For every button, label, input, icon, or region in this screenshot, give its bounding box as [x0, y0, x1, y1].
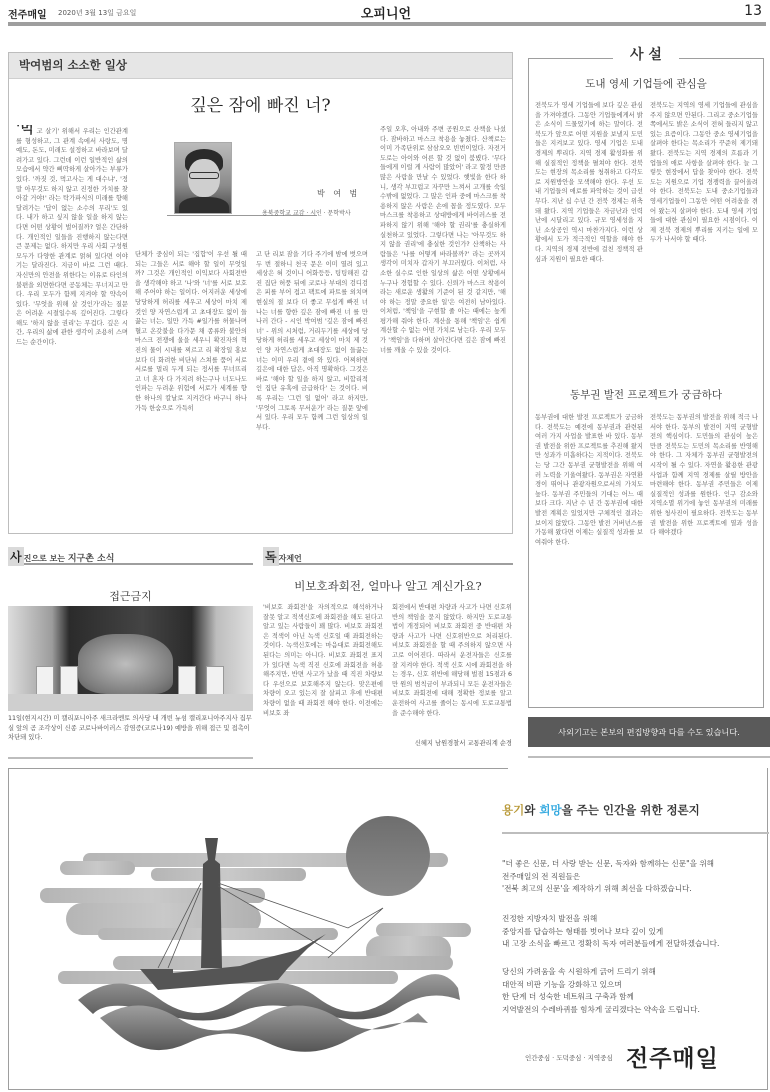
photo-title: 접근금지 [8, 588, 253, 604]
reader-essay-title: 비보호좌회전, 얼마나 알고 계신가요? [263, 578, 513, 594]
contribution-disclaimer: 사외기고는 본보의 편집방향과 다를 수도 있습니다. [528, 717, 770, 747]
editorial-1-col2: 전북도는 지역의 영세 기업들에 관심을 주지 않으면 안된다. 그리고 중소기… [650, 101, 758, 371]
photo-caption: 11일(현지시간) 미 캘리포니아주 새크라멘토 의사당 내 개빈 뉴섬 캘리포… [8, 714, 253, 743]
paper-logo: 전주매일 [626, 1040, 719, 1073]
pen-ship-illustration [8, 768, 508, 1090]
author-name: 박 여 범 [317, 188, 360, 199]
column-text-col4: 주일 오후, 아내와 주변 공원으로 산책을 나섰다. 잠바하고 마스크 착용을… [380, 125, 506, 530]
editorial-title-1: 도내 영세 기업들에 관심을 [528, 76, 764, 91]
reader-essay-col2: 회전에서 반대편 차량과 사고가 나면 신호위반의 책임을 묻지 않았다. 하지… [392, 603, 512, 737]
author-photo [174, 142, 232, 214]
column-text-col2: 단체가 중심이 되는 '집합'이 우선 될 때 되는 그들은 서로 해야 할 일… [135, 250, 247, 530]
ad-motto: 인간중심 · 도덕중심 · 지역중심 [525, 1053, 613, 1062]
column-title: 깊은 잠에 빠진 너? [9, 91, 512, 116]
column-text-col3: 고 단 리보 잠을 기다 주기에 밤에 벗으며 두 번 절하니 천국 문은 이미… [256, 250, 368, 530]
ad-paragraph-1: "더 좋은 신문, 더 사랑 받는 신문, 독자와 함께하는 신문"을 위해 전… [502, 858, 714, 896]
column-series-header: 박여범의 소소한 일상 [9, 53, 512, 79]
reader-essay-signature: 신혜지 남원경찰서 교통관리계 순경 [392, 738, 512, 747]
editorial-2-col2: 전북도는 동부권의 발전을 위해 적극 나서야 한다. 동부의 발전이 지역 균… [650, 413, 758, 703]
masthead-divider [8, 22, 766, 26]
divider [528, 756, 770, 758]
divider [8, 757, 253, 759]
section-title: 오피니언 [8, 3, 764, 22]
reader-essay-col1: '비보호 좌회전'을 자의적으로 해석하거나 잘못 알고 적색신호에 좌회전을 … [263, 603, 383, 751]
bear-statue-photo [8, 606, 253, 711]
ad-slogan: 용기와 희망을 주는 인간을 위한 정론지 [502, 802, 700, 818]
editorial-2-col1: 동부권에 대한 발전 프로젝트가 궁금하다. 전북도는 예전에 동부권과 관련된… [535, 413, 643, 703]
editorial-1-col1: 전북도가 영세 기업들에 보다 깊은 관심을 가져야겠다. 그동안 기업들에게서… [535, 101, 643, 371]
ad-paragraph-2: 진정한 지방자치 발전을 위해 중앙지를 답습하는 형태를 벗어나 보다 깊이 … [502, 913, 719, 951]
author-role: 용북중학교 교감 · 시인 · 문학박사 [262, 208, 351, 217]
ad-paragraph-3: 당신의 가려움을 속 시원하게 긁어 드리기 위해 대안적 비판 기능을 강화하… [502, 966, 700, 1016]
page-number: 13 [744, 3, 762, 19]
dropcap: '먹 [16, 125, 34, 137]
photo-news-header: 사진으로 보는 지구촌 소식 [8, 547, 253, 565]
divider [502, 832, 769, 834]
reader-essay-header: 독자제언 [263, 547, 513, 565]
editorial-label: 사 설 [613, 44, 679, 64]
editorial-title-2: 동부권 발전 프로젝트가 궁금하다 [528, 387, 764, 402]
column-text-col1: '먹 고 살기' 위해서 우리는 인간관계를 형성하고, 그 관계 속에서 사랑… [16, 125, 128, 530]
